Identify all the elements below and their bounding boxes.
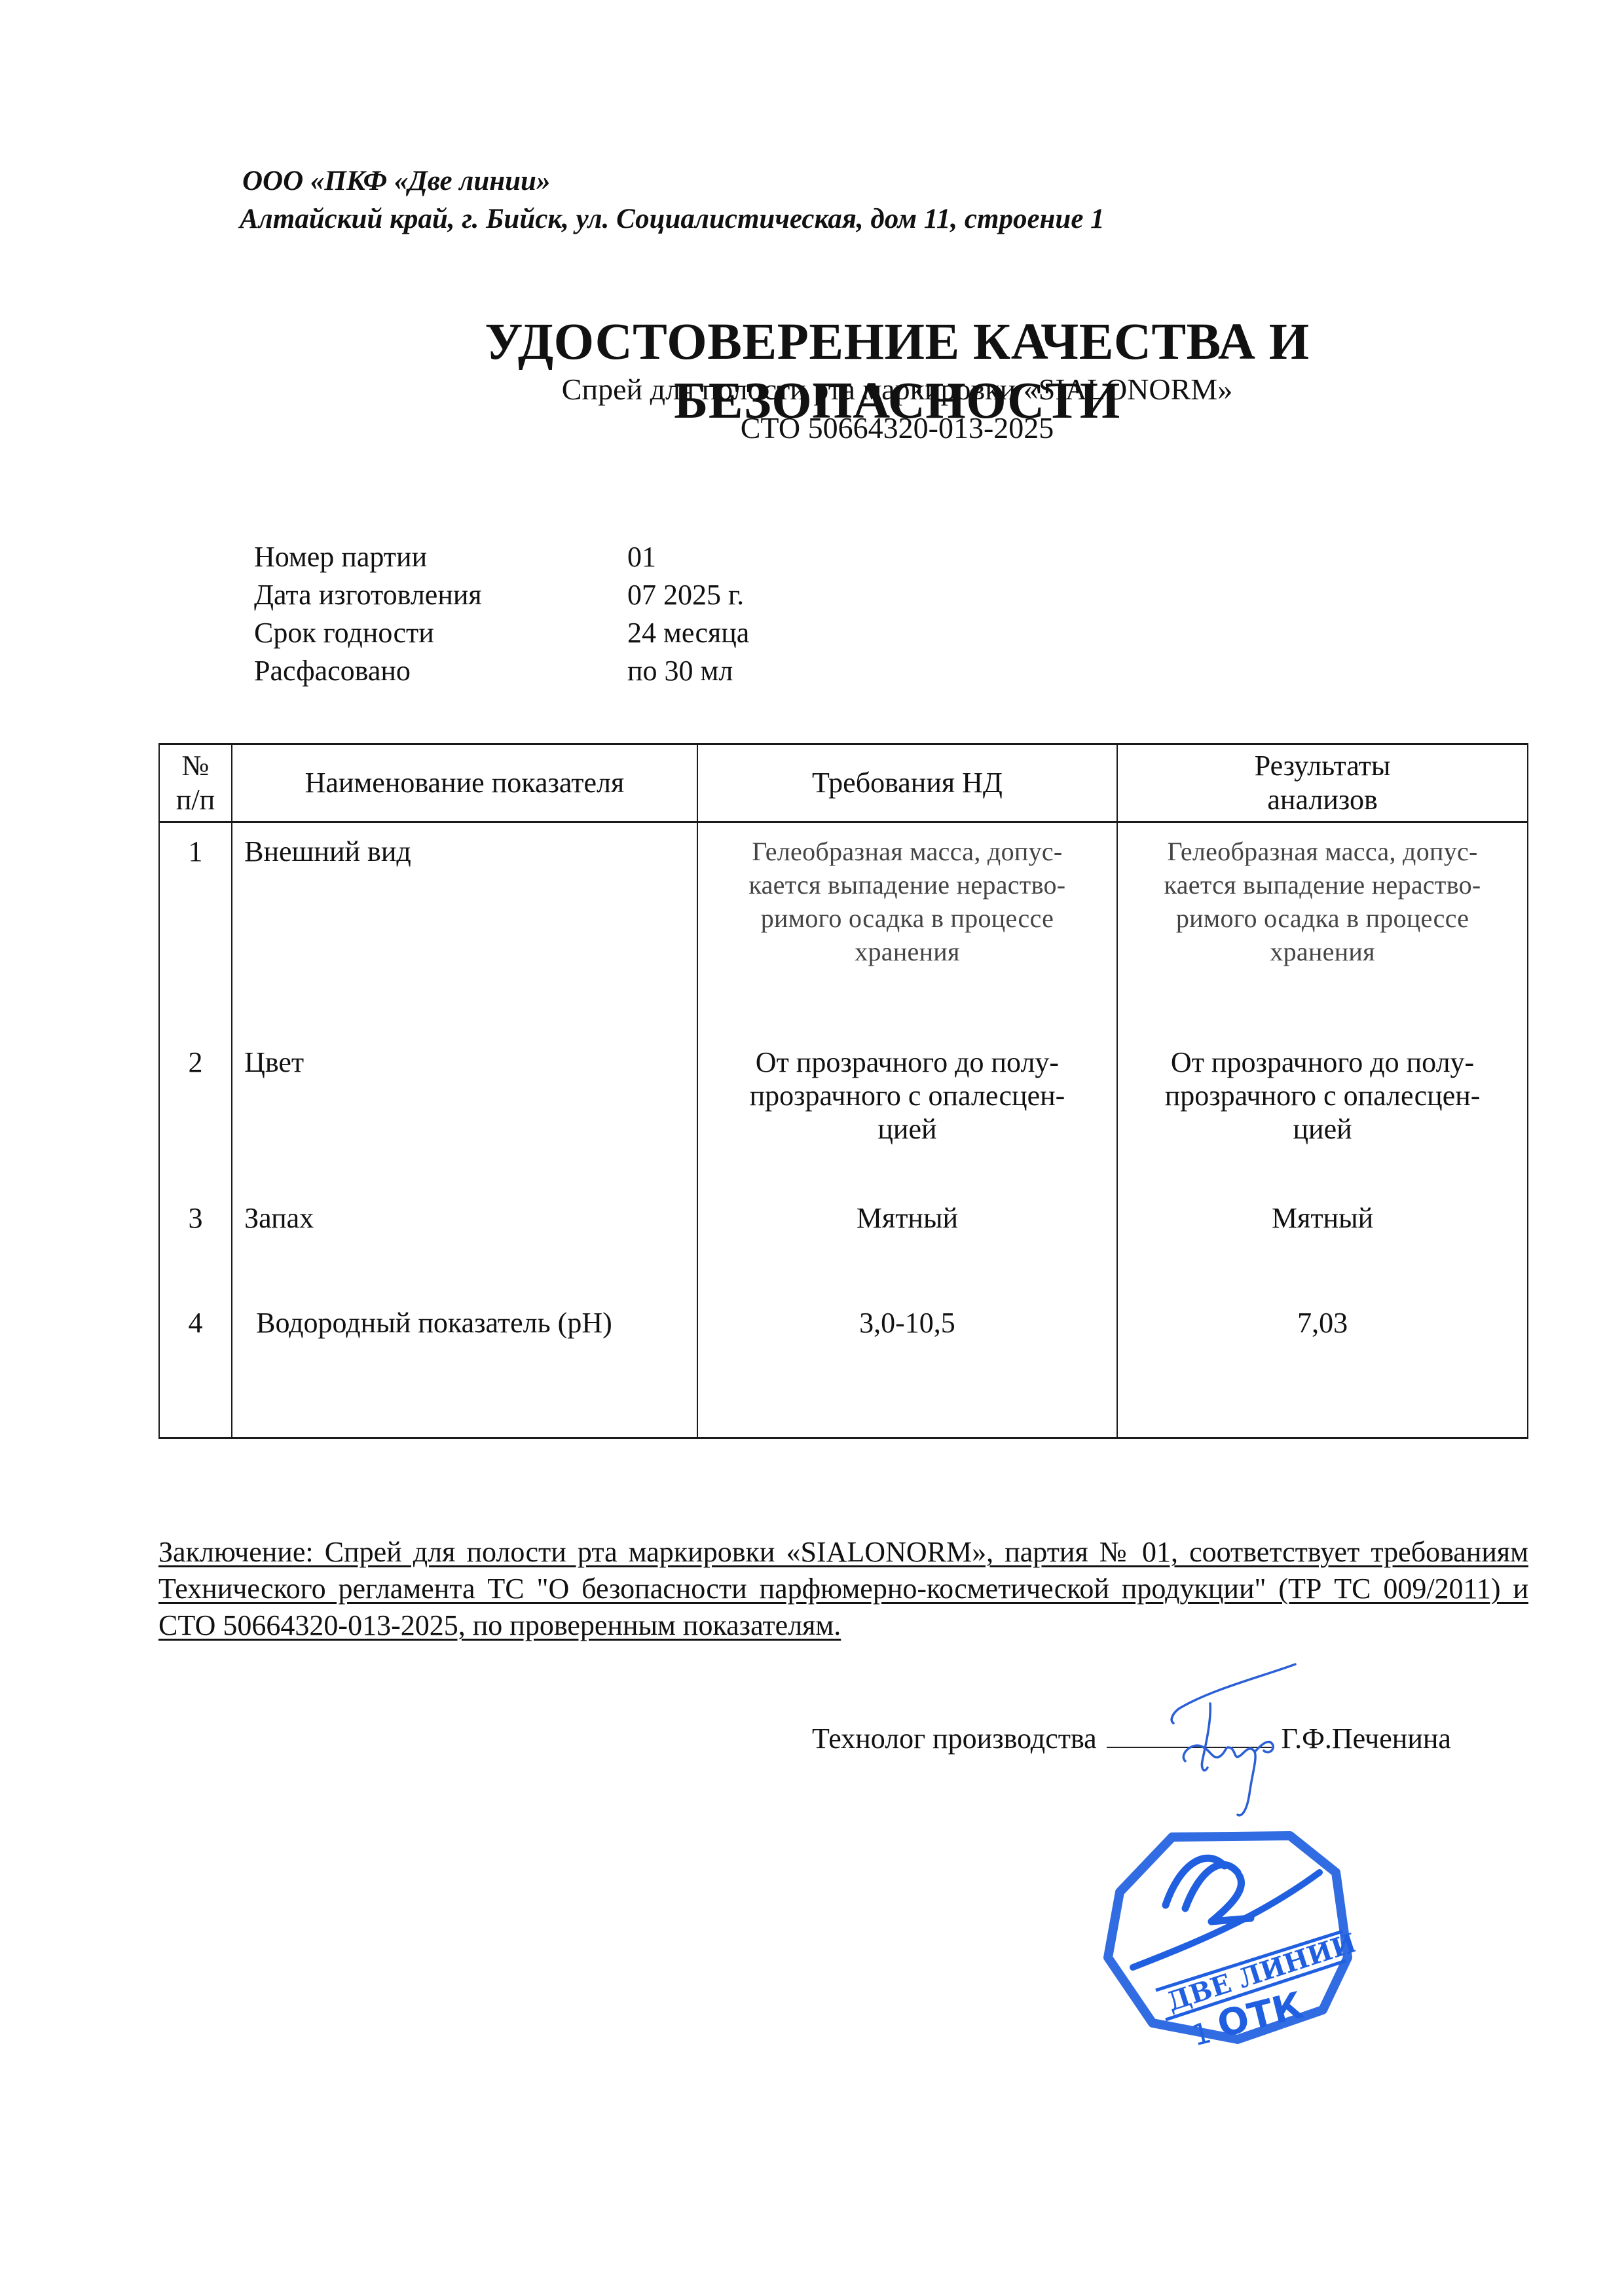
indicator-name: Запах <box>232 1187 697 1303</box>
cell-text-line: От прозрачного до полу- <box>698 1046 1116 1079</box>
signer-position: Технолог производства <box>812 1722 1097 1755</box>
cell-text-line: римого осадка в процессе <box>698 902 1116 935</box>
cell-text-line: кается выпадение нераство- <box>1118 868 1527 902</box>
requirement-value: Мятный <box>697 1187 1117 1303</box>
row-number: 4 <box>159 1303 232 1438</box>
header-requirements: Требования НД <box>697 744 1117 822</box>
table-row: 3 Запах Мятный Мятный <box>159 1187 1528 1303</box>
cell-text-line: цией <box>1118 1112 1527 1146</box>
cell-text-line: хранения <box>1118 935 1527 968</box>
table-row: 2 Цвет От прозрачного до полу-прозрачног… <box>159 1013 1528 1187</box>
organization-address: Алтайский край, г. Бийск, ул. Социалисти… <box>240 200 1105 238</box>
row-number: 3 <box>159 1187 232 1303</box>
cell-text-line: прозрачного с опалесцен- <box>1118 1079 1527 1112</box>
table-header-row: № п/п Наименование показателя Требования… <box>159 744 1528 822</box>
cell-text-line: Мятный <box>698 1201 1116 1235</box>
batch-number-value: 01 <box>627 538 656 576</box>
header-number: № п/п <box>159 744 232 822</box>
indicator-name: Цвет <box>232 1013 697 1187</box>
cell-text-line: прозрачного с опалесцен- <box>698 1079 1116 1112</box>
cell-text-line: Гелеобразная масса, допус- <box>698 835 1116 868</box>
header-results: Результаты анализов <box>1117 744 1528 822</box>
signature-block: Технолог производства Г.Ф.Печенина <box>812 1722 1451 1755</box>
indicator-name: Водородный показатель (pH) <box>232 1303 697 1438</box>
cell-text-line: 7,03 <box>1118 1306 1527 1339</box>
cell-text-line: От прозрачного до полу- <box>1118 1046 1527 1079</box>
result-value: Гелеобразная масса, допус-кается выпаден… <box>1117 822 1528 1013</box>
result-value: От прозрачного до полу-прозрачного с опа… <box>1117 1013 1528 1187</box>
packaging-label: Расфасовано <box>254 652 411 690</box>
requirement-value: Гелеобразная масса, допус-кается выпаден… <box>697 822 1117 1013</box>
manufacture-date-label: Дата изготовления <box>254 576 482 614</box>
header-results-line1: Результаты <box>1118 749 1527 783</box>
header-results-line2: анализов <box>1118 783 1527 817</box>
requirement-value: От прозрачного до полу-прозрачного с опа… <box>697 1013 1117 1187</box>
indicator-name: Внешний вид <box>232 822 697 1013</box>
shelf-life-label: Срок годности <box>254 614 434 652</box>
results-table: № п/п Наименование показателя Требования… <box>158 743 1528 1439</box>
shelf-life-value: 24 месяца <box>627 614 749 652</box>
standard-number: СТО 50664320-013-2025 <box>262 410 1532 445</box>
result-value: Мятный <box>1117 1187 1528 1303</box>
cell-text-line: Гелеобразная масса, допус- <box>1118 835 1527 868</box>
row-number: 2 <box>159 1013 232 1187</box>
manufacture-date-value: 07 2025 г. <box>627 576 744 614</box>
table-row: 1 Внешний вид Гелеобразная масса, допус-… <box>159 822 1528 1013</box>
conclusion-text: Заключение: Спрей для полости рта маркир… <box>158 1534 1528 1644</box>
organization-name: ООО «ПКФ «Две линии» <box>242 162 550 200</box>
result-value: 7,03 <box>1117 1303 1528 1438</box>
handwritten-signature-icon <box>1139 1663 1310 1820</box>
header-number-pp: п/п <box>160 783 231 817</box>
cell-text-line: Мятный <box>1118 1201 1527 1235</box>
cell-text-line: 3,0-10,5 <box>698 1306 1116 1339</box>
table-row: 4 Водородный показатель (pH) 3,0-10,5 7,… <box>159 1303 1528 1438</box>
cell-text-line: цией <box>698 1112 1116 1146</box>
header-number-sign: № <box>160 749 231 783</box>
product-name: Спрей для полости рта маркировки «SIALON… <box>262 372 1532 407</box>
row-number: 1 <box>159 822 232 1013</box>
header-indicator-name: Наименование показателя <box>232 744 697 822</box>
batch-number-label: Номер партии <box>254 538 427 576</box>
cell-text-line: римого осадка в процессе <box>1118 902 1527 935</box>
otk-stamp-icon: ДВЕ ЛИНИИ 1 ОТК <box>1094 1827 1356 2049</box>
packaging-value: по 30 мл <box>627 652 733 690</box>
requirement-value: 3,0-10,5 <box>697 1303 1117 1438</box>
cell-text-line: хранения <box>698 935 1116 968</box>
cell-text-line: кается выпадение нераство- <box>698 868 1116 902</box>
